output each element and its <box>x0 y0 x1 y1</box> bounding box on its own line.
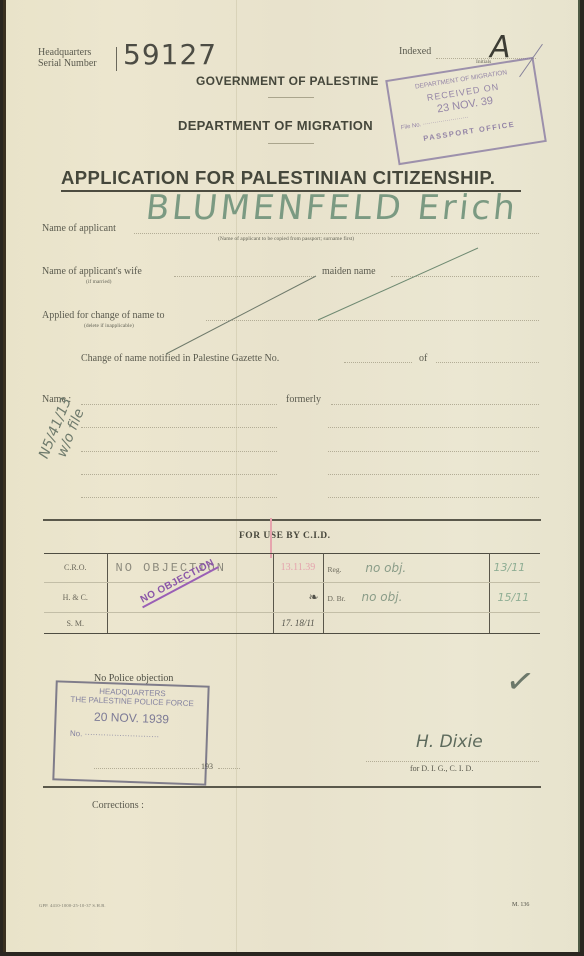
cro-initials: 13.11.39 <box>273 554 323 583</box>
police-stamp-no-label: No. <box>70 729 83 738</box>
form-code: M. 136 <box>512 902 529 908</box>
signature-caption: for D. I. G., C. I. D. <box>410 764 473 773</box>
sm-stamp <box>107 613 273 634</box>
cid-table: C.R.O. NO OBJECTION 13.11.39 Reg. no obj… <box>44 553 540 634</box>
year-suffix: 193 <box>201 762 213 771</box>
dbr-cell: D. Br. no obj. <box>323 582 489 612</box>
dbr-note: no obj. <box>362 590 403 604</box>
sm-right-cell <box>323 613 489 634</box>
police-stamp-no: No. ···························· <box>56 728 206 742</box>
reg-note: no obj. <box>365 561 406 575</box>
dbr-date-cell: 15/11 <box>489 582 540 612</box>
reg-label: Reg. <box>328 565 342 574</box>
blank-line <box>81 497 277 498</box>
blank-line <box>81 451 277 452</box>
red-tick-mark <box>270 518 272 558</box>
cid-row-sm: S. M. 17. 18/11 <box>44 613 540 634</box>
blank-line <box>328 474 539 475</box>
cid-row-label: C.R.O. <box>44 554 107 583</box>
blank-line <box>328 427 539 428</box>
sm-initials: 17. 18/11 <box>273 613 323 634</box>
cid-heading: FOR USE BY C.I.D. <box>239 531 331 541</box>
blank-line <box>81 427 277 428</box>
blank-line <box>328 497 539 498</box>
signature-line <box>366 761 539 762</box>
checkmark-icon: ✓ <box>503 660 538 704</box>
reg-date-cell: 13/11 <box>489 554 540 583</box>
police-stamp-date: 20 NOV. 1939 <box>56 708 206 727</box>
hc-initials: ❧ <box>273 582 323 612</box>
cid-row-hc: H. & C. ❧ D. Br. no obj. 15/11 <box>44 582 540 612</box>
formerly-label: formerly <box>286 394 321 405</box>
blank-line <box>328 451 539 452</box>
reg-cell: Reg. no obj. <box>323 554 489 583</box>
section-divider <box>43 519 541 521</box>
hc-stamp <box>107 582 273 612</box>
dbr-label: D. Br. <box>328 594 346 603</box>
printer-line: GPP. 4410-1000-25-10-37 S.H.B. <box>39 903 106 908</box>
police-date-line <box>94 768 199 769</box>
sm-date-cell <box>489 613 540 634</box>
corrections-label: Corrections : <box>92 800 144 811</box>
cid-row-label: S. M. <box>44 613 107 634</box>
dig-signature: H. Dixie <box>416 732 483 752</box>
cid-row-cro: C.R.O. NO OBJECTION 13.11.39 Reg. no obj… <box>44 554 540 583</box>
police-hq-stamp: HEADQUARTERS THE PALESTINE POLICE FORCE … <box>52 680 209 785</box>
formerly-line <box>331 404 539 405</box>
dbr-date-note: 15/11 <box>498 591 530 604</box>
year-line <box>218 768 240 769</box>
reg-date-note: 13/11 <box>494 561 526 574</box>
application-form-page: Headquarters Serial Number 59127 Indexed… <box>3 0 580 952</box>
cid-row-label: H. & C. <box>44 582 107 612</box>
blank-line <box>81 474 277 475</box>
strike-through-lines <box>6 0 584 420</box>
section-divider <box>43 786 541 788</box>
name-line <box>81 404 277 405</box>
